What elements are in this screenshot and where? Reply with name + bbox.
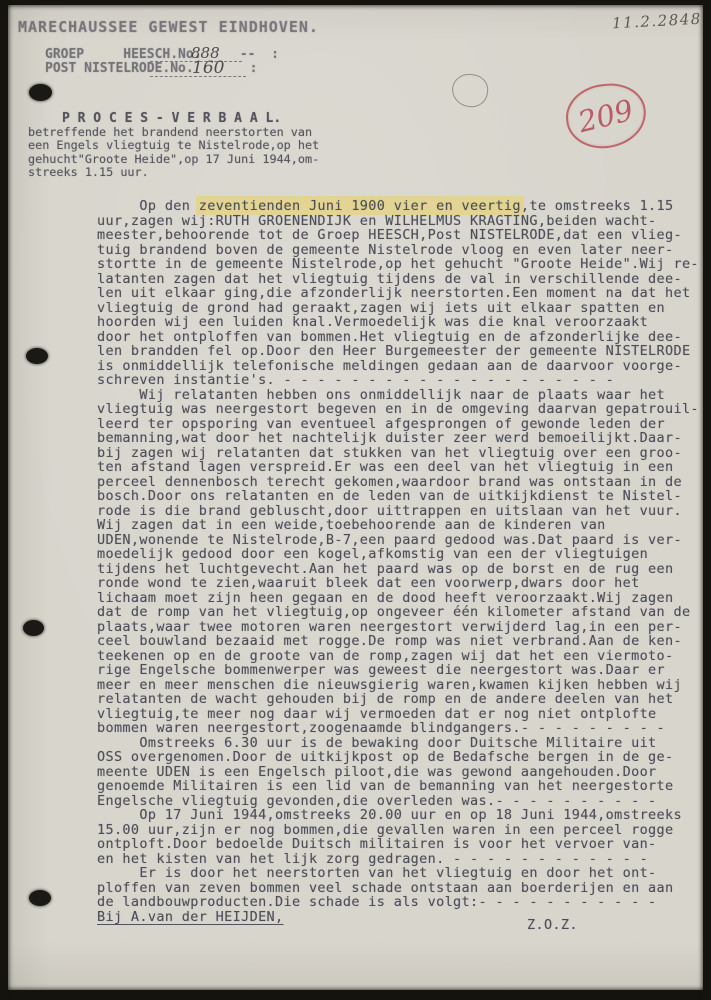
body-line: OSS overgenomen.Door de uitkijkpost op d… <box>97 750 699 765</box>
punch-hole <box>29 890 51 906</box>
organization-stamp: MARECHAUSSEE GEWEST EINDHOVEN. <box>18 18 319 36</box>
pencil-circle-mark <box>450 71 491 109</box>
body-line: vliegtuig,te meer nog daar wij vermoeden… <box>97 707 699 722</box>
body-line: tuig brandend boven de gemeente Nistelro… <box>97 243 699 258</box>
body-line: uur,zagen wij:RUTH GROENENDIJK en WILHEL… <box>97 214 699 229</box>
body-line: ceel bouwland bezaaid met rogge.De romp … <box>97 634 699 649</box>
body-line: 15.00 uur,zijn er nog bommen,die gevalle… <box>97 823 699 838</box>
report-body-text: Op den zeventienden Juni 1900 vier en ve… <box>97 199 699 924</box>
body-line: Engelsche vliegtuig gevonden,die overled… <box>97 794 699 809</box>
body-line: meente UDEN is een Engelsch piloot,die w… <box>97 765 699 780</box>
document-subtitle-block: betreffende het brandend neerstorten van… <box>28 126 319 180</box>
see-other-side-note: Z.O.Z. <box>527 917 578 933</box>
body-line: latanten zagen dat het vliegtuig tijdens… <box>97 272 699 287</box>
body-line: hoorden wij een luiden knal.Vermoedelijk… <box>97 315 699 330</box>
body-line: ronde wond te zien,waaruit bleek dat een… <box>97 576 699 591</box>
scan-edge-right <box>703 0 711 1000</box>
body-line: leerd ter opsporing van eventueel afgesp… <box>97 417 699 432</box>
body-line: stortte in de gemeente Nistelrode,op het… <box>97 257 699 272</box>
body-line: teekenen op en de groote van de romp,zag… <box>97 649 699 664</box>
body-line: Op 17 Juni 1944,omstreeks 20.00 uur en o… <box>97 808 699 823</box>
scan-edge-left <box>0 0 8 1000</box>
body-line: moedelijk gedood door een kogel,afkomsti… <box>97 547 699 562</box>
scan-edge-top <box>0 0 711 5</box>
body-line: perceel dennenbosch terecht gekomen,waar… <box>97 475 699 490</box>
body-line: Wij relatanten hebben ons onmiddellijk n… <box>97 388 699 403</box>
body-line: schreven instantie's. - - - - - - - - - … <box>97 373 699 388</box>
punch-hole <box>29 84 52 101</box>
body-line: genoemde Militairen is een lid van de be… <box>97 779 699 794</box>
body-line: en het kisten van het lijk zorg gedragen… <box>97 852 699 867</box>
body-line: de landbouwproducten.Die schade is als v… <box>97 895 699 910</box>
pencil-archive-number: 11.2.2848 <box>612 10 703 33</box>
body-line: door het ontploffen van bommen.Het vlieg… <box>97 330 699 345</box>
subtitle-line: een Engels vliegtuig te Nistelrode,op he… <box>28 139 319 152</box>
body-line: vliegtuig was neergestort begeven en in … <box>97 402 699 417</box>
body-line: bosch.Door ons relatanten en de leden va… <box>97 489 699 504</box>
body-line: rode is die brand gebluscht,door uittrap… <box>97 504 699 519</box>
body-line: len uit elkaar ging,die afzonderlijk nee… <box>97 286 699 301</box>
scan-edge-bottom <box>0 990 711 1000</box>
body-line: bommen waren neergestort,zoogenaamde bli… <box>97 721 699 736</box>
body-line: ten afstand lagen verspreid.Er was een d… <box>97 460 699 475</box>
body-line: ontploft.Door bedoelde Duitsch militaire… <box>97 837 699 852</box>
body-line: ploffen van zeven bommen veel schade ont… <box>97 881 699 896</box>
body-line: meer en meer menschen die nieuwsgierig w… <box>97 678 699 693</box>
body-line: Omstreeks 6.30 uur is de bewaking door D… <box>97 736 699 751</box>
punch-hole <box>26 348 48 364</box>
body-line: Op den zeventienden Juni 1900 vier en ve… <box>97 199 699 214</box>
body-line: is onmiddellijk telefonische meldingen g… <box>97 359 699 374</box>
body-line: Er is door het neerstorten van het vlieg… <box>97 866 699 881</box>
body-line: len brandden fel op.Door den Heer Burgem… <box>97 344 699 359</box>
punch-hole <box>23 620 44 636</box>
dashed-underline <box>150 61 246 77</box>
body-line: vliegtuig de grond had geraakt,zagen wij… <box>97 301 699 316</box>
page-number-value: 209 <box>575 93 637 139</box>
body-line: plaats,waar twee motoren waren neergesto… <box>97 620 699 635</box>
body-line: tijdens het luchtgevecht.Aan het paard w… <box>97 562 699 577</box>
subtitle-line: streeks 1.15 uur. <box>28 166 319 179</box>
body-line: dat de romp van het vliegtuig,op ongevee… <box>97 605 699 620</box>
scanned-document-page: MARECHAUSSEE GEWEST EINDHOVEN. GROEP HEE… <box>0 0 711 1000</box>
body-line: lichaam moet zijn heen gegaan en de dood… <box>97 591 699 606</box>
body-line: relatanten de wacht gehouden bij de romp… <box>97 692 699 707</box>
document-title: P R O C E S - V E R B A A L. <box>62 111 281 126</box>
body-line: Wij zagen dat in een weide,toebehoorende… <box>97 518 699 533</box>
body-line: meester,behoorende tot de Groep HEESCH,P… <box>97 228 699 243</box>
body-line: rige Engelsche bommenwerper was geweest … <box>97 663 699 678</box>
body-line: bij zagen wij relatanten dat stukken van… <box>97 446 699 461</box>
body-line: UDEN,wonende te Nistelrode,B-7,een paard… <box>97 533 699 548</box>
body-line: Bij A.van der HEIJDEN, <box>97 910 699 925</box>
red-circled-page-number: 209 <box>563 80 649 152</box>
body-line: bemanning,wat door het nachtelijk duiste… <box>97 431 699 446</box>
